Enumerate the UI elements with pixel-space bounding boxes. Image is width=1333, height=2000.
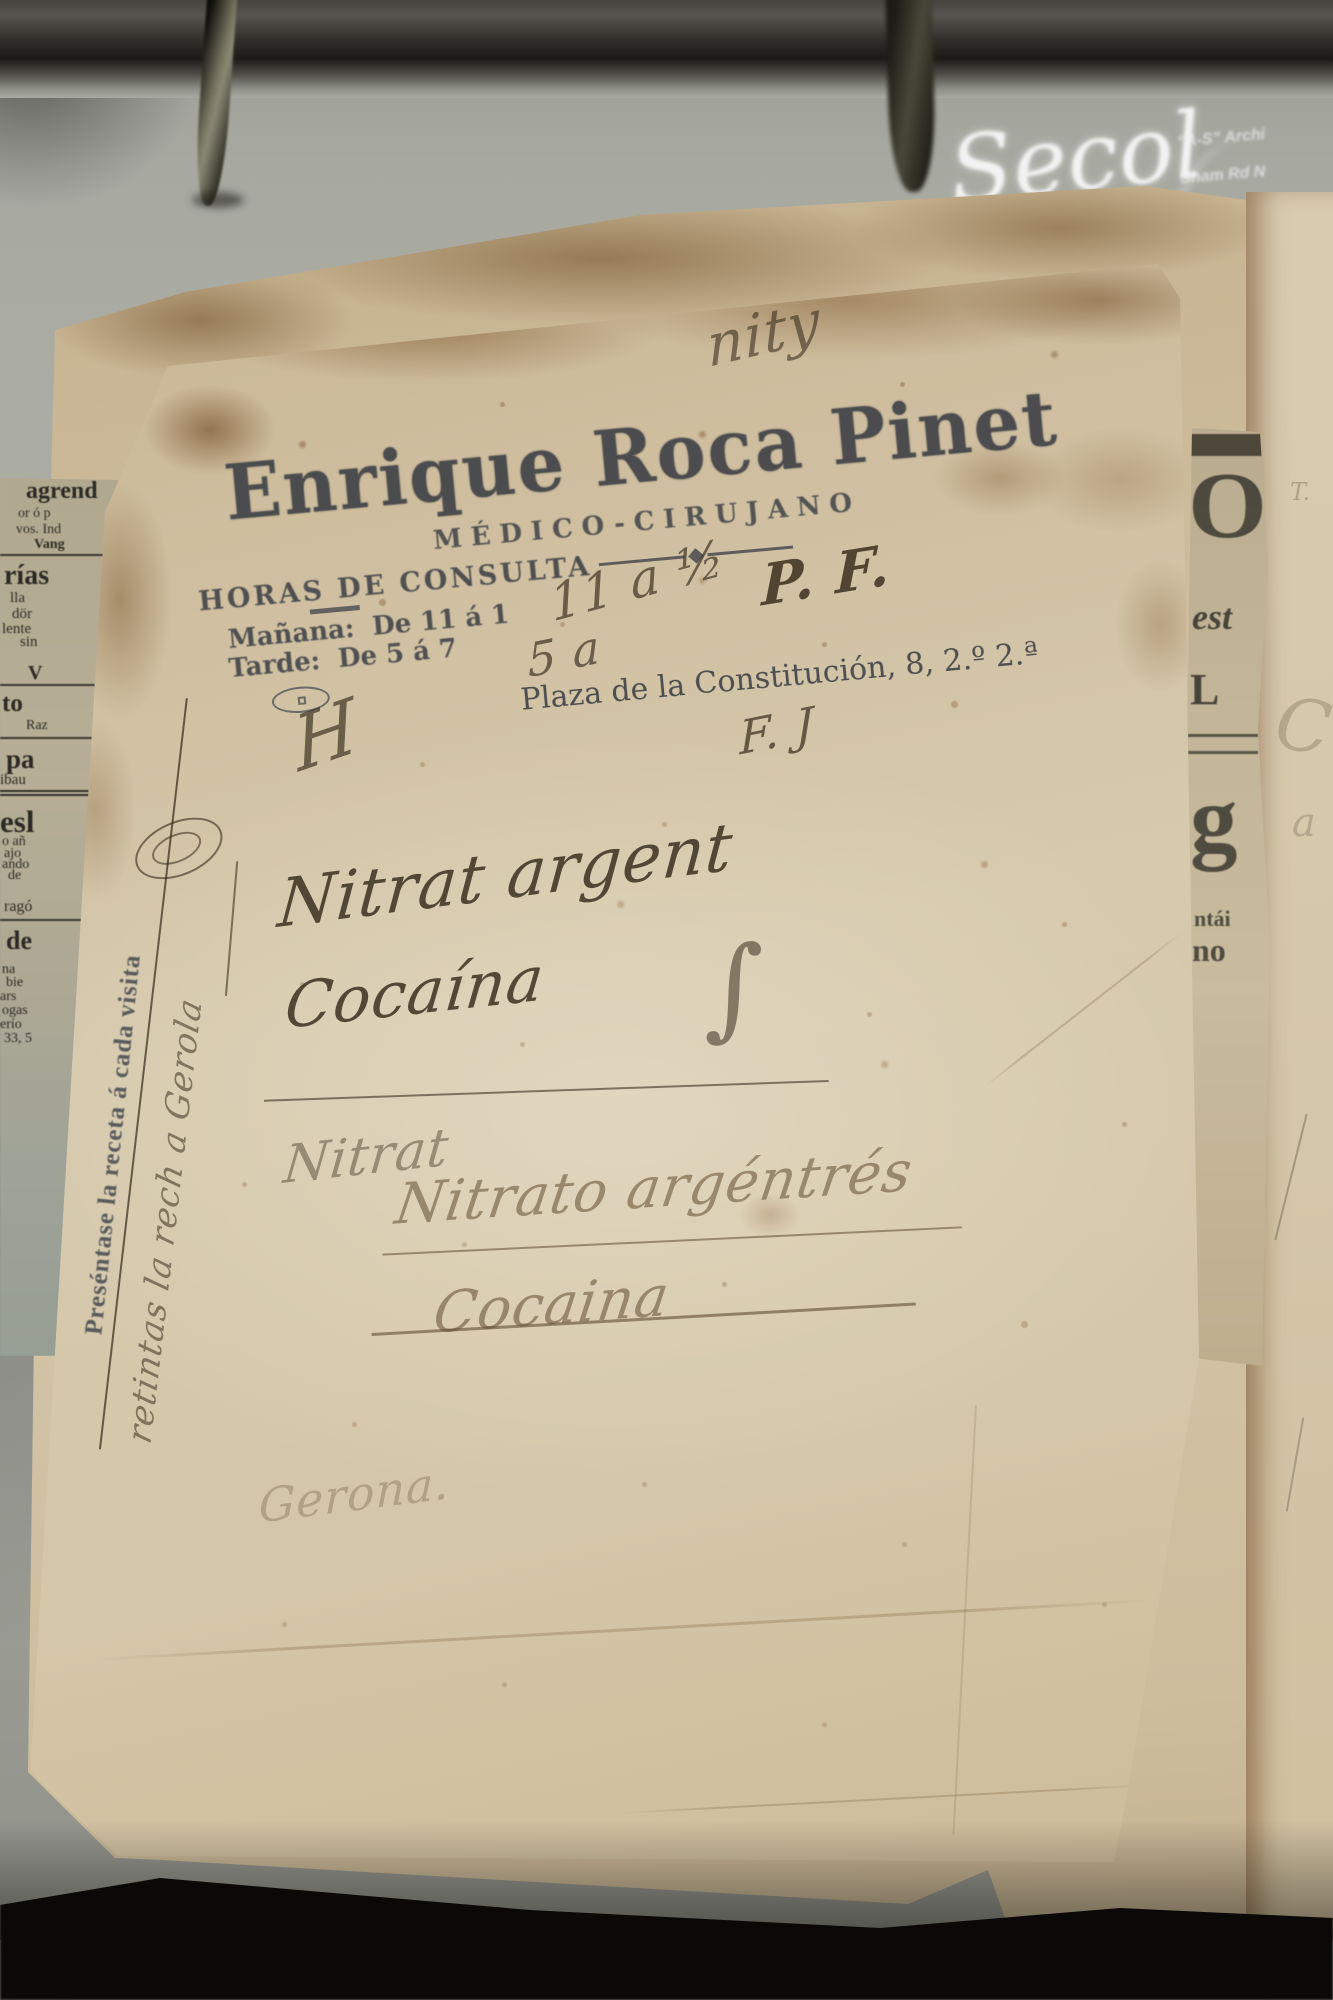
rx-line-cocaina-2: Cocaina — [430, 1263, 674, 1346]
place-line-gerona: Gerona. — [258, 1455, 450, 1534]
rx-line-nitrat-argent: Nitrat argent — [275, 807, 736, 943]
news-fragment: de — [6, 926, 32, 956]
binder-spine-bar — [0, 0, 1333, 98]
news-fragment: to — [2, 690, 23, 718]
news-fragment: 33, 5 — [4, 1031, 32, 1047]
news-fragment: de — [8, 868, 21, 884]
rx-flourish: ∫ — [704, 922, 765, 1053]
prescription-content: nity Enrique Roca Pinet MÉDICO-CIRUJANO … — [150, 263, 1297, 1849]
strip-fragment: no — [1192, 932, 1226, 969]
rdoc-mark: a — [1292, 800, 1316, 846]
ink-spiral-flourish — [126, 805, 232, 891]
news-fragment: Vang — [34, 537, 65, 553]
binder-ring-prong-shadow — [192, 192, 244, 208]
strip-fragment: L — [1190, 664, 1219, 715]
news-fragment: ragó — [4, 898, 32, 916]
news-fragment: V — [28, 662, 42, 685]
rx-slash-stroke — [225, 861, 238, 996]
news-fragment: pa — [6, 744, 35, 775]
rx-divider-line — [264, 1080, 829, 1102]
strip-rule — [1188, 751, 1258, 754]
rx-line-cocaina-1: Cocaína — [282, 941, 548, 1043]
strip-fragment: O — [1188, 452, 1267, 560]
strip-fragment: est — [1192, 596, 1232, 638]
strip-rule — [1188, 734, 1258, 737]
handwritten-time-note-upper: 11 a ½ — [547, 528, 728, 633]
rdoc-mark: T. — [1290, 478, 1310, 506]
archival-photo: Secol “A-S” Archi Sham Rd N Thetford N a… — [0, 0, 1333, 2000]
news-fragment: agrend — [26, 478, 98, 505]
news-fragment: or ó p — [18, 506, 51, 522]
news-fragment: rías — [4, 560, 49, 592]
news-fragment: sin — [20, 634, 38, 651]
news-fragment: vos. Ind — [16, 522, 61, 538]
news-fragment: Raz — [26, 718, 48, 734]
rdoc-stroke — [1274, 1114, 1307, 1241]
news-fragment: lla — [10, 590, 25, 607]
handwritten-initials-fj: F. J — [739, 696, 815, 766]
newspaper-strip-right: O est L g ntái no — [1186, 428, 1272, 1366]
news-fragment: ibau — [0, 772, 26, 789]
rdoc-stroke — [1286, 1418, 1304, 1512]
strip-fragment: g — [1190, 764, 1238, 874]
rx-line-nitrato-argentres: Nitrato argéntrés — [391, 1139, 916, 1238]
rdoc-mark: C — [1270, 681, 1333, 772]
margin-note-vertical: Preséntase la receta á cada visita — [80, 953, 146, 1336]
strip-fragment: ntái — [1194, 906, 1231, 932]
